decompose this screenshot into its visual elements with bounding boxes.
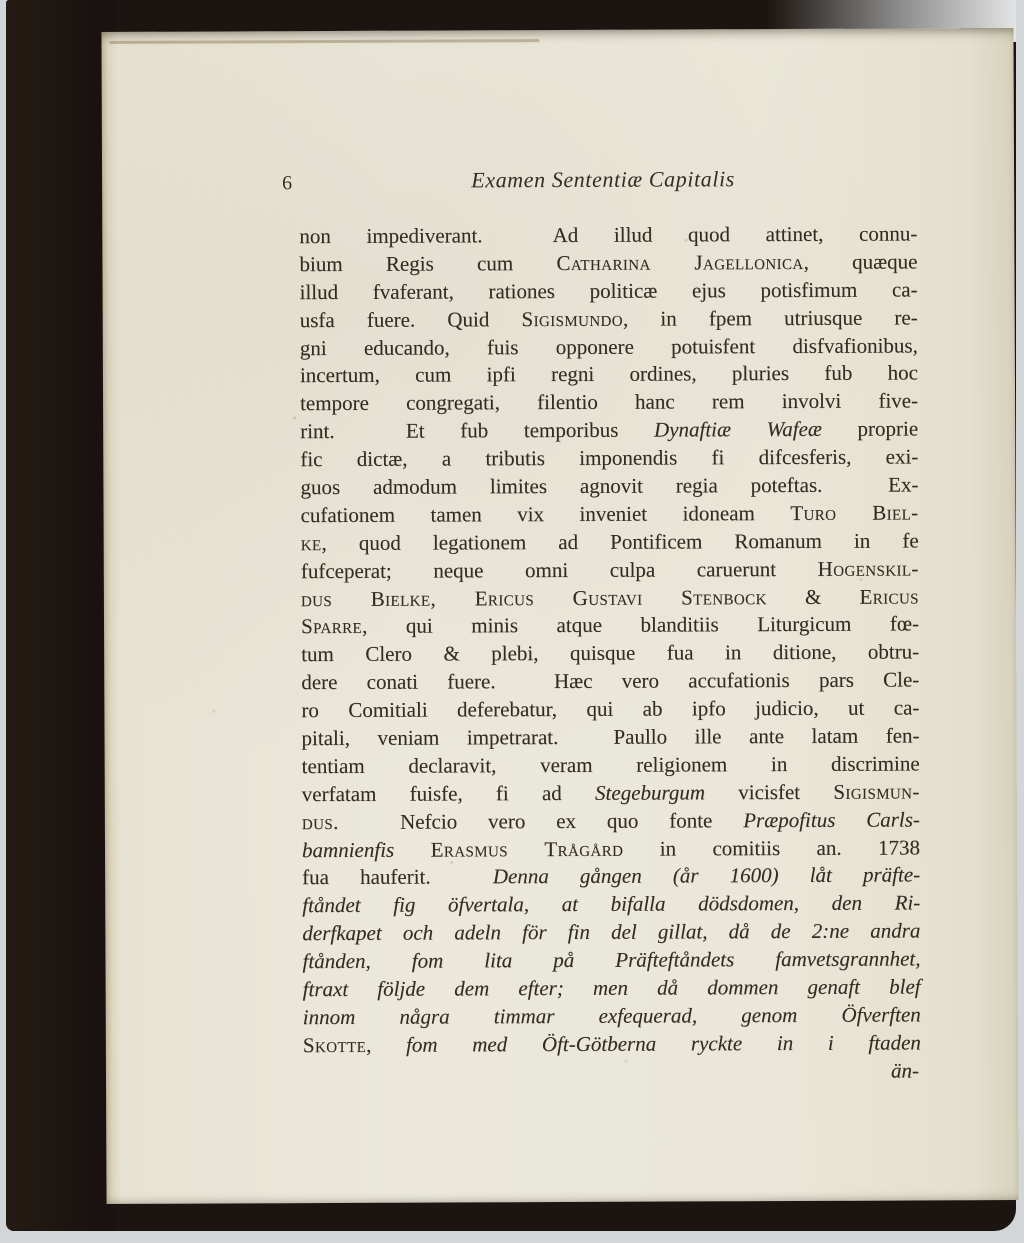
text-segment: dus xyxy=(302,810,333,834)
text-line: rint. Et fub temporibus Dynaftiæ Wafeæ p… xyxy=(300,416,918,447)
text-segment: Skotte xyxy=(303,1033,366,1057)
text-line: cufationem tamen vix inveniet idoneam Tu… xyxy=(301,499,919,530)
text-line: dus Bielke, Ericus Gustavi Stenbock & Er… xyxy=(301,583,919,614)
text-segment: Ericus xyxy=(859,584,919,608)
text-line: fufceperat; neque omni culpa caruerunt H… xyxy=(301,555,919,586)
text-line: non impediverant. Ad illud quod attinet,… xyxy=(299,220,917,251)
text-line: derfkapet och adeln för fin del gillat, … xyxy=(302,918,920,949)
text-segment: ke xyxy=(301,531,322,555)
text-segment: tempore congregati, filentio hanc rem in… xyxy=(300,389,918,416)
text-line: pitali, veniam impetrarat. Paullo ille a… xyxy=(301,722,919,753)
text-line: tempore congregati, filentio hanc rem in… xyxy=(300,388,918,419)
text-segment: proprie xyxy=(822,417,918,441)
page-edge xyxy=(109,39,539,44)
text-line: ftraxt följde dem efter; men då dommen g… xyxy=(303,973,921,1004)
text-segment: usfa fuere. Quid xyxy=(300,307,522,332)
binding-shadow xyxy=(6,0,116,1231)
text-line: ke, quod legationem ad Pontificem Romanu… xyxy=(301,527,919,558)
text-segment: in comitiis an. 1738 xyxy=(623,835,920,860)
text-segment: Stegeburgum xyxy=(595,780,705,804)
text-line: guos admodum limites agnovit regia potef… xyxy=(300,471,918,502)
text-line: illud fvaferant, rationes politicæ ejus … xyxy=(300,276,918,307)
text-segment: rint. Et fub temporibus xyxy=(300,418,654,444)
text-segment: Denna gången (år 1600) låt präfte- xyxy=(493,863,920,889)
text-segment: , quæque xyxy=(804,249,918,273)
text-line: Sparre, qui minis atque blanditiis Litur… xyxy=(301,611,919,642)
text-segment: , qui minis atque blanditiis Liturgicum … xyxy=(362,612,919,638)
text-line: Skotte, fom med Öft-Götberna ryckte in i… xyxy=(303,1029,921,1060)
text-segment: Hogenskil- xyxy=(818,556,919,580)
text-line: ro Comitiali deferebatur, qui ab ipfo ju… xyxy=(301,695,919,726)
text-segment: bium Regis cum xyxy=(299,251,556,276)
text-segment: dere conati fuere. Hæc vero accufationis… xyxy=(301,668,919,695)
text-segment: guos admodum limites agnovit regia potef… xyxy=(300,472,918,499)
text-segment: fufceperat; neque omni culpa caruerunt xyxy=(301,557,818,583)
text-segment: vicisfet xyxy=(705,780,833,805)
text-line: bium Regis cum Catharina Jagellonica, qu… xyxy=(299,248,917,279)
text-segment: incertum, cum ipfi regni ordines, plurie… xyxy=(300,361,918,388)
text-segment: . Nefcio vero ex quo fonte xyxy=(333,808,743,834)
book-page: 6 Examen Sententiæ Capitalis non impediv… xyxy=(101,28,1018,1204)
text-line: tum Clero & plebi, quisque fua in dition… xyxy=(301,639,919,670)
text-line: ftånden, fom lita på Präfteftåndets famv… xyxy=(302,946,920,977)
text-segment: pitali, veniam impetrarat. Paullo ille a… xyxy=(301,723,919,750)
text-line: fic dictæ, a tributis imponendis fi difc… xyxy=(300,444,918,475)
text-segment: Sigismundo xyxy=(521,306,623,330)
text-segment: Erasmus Trågård xyxy=(431,836,624,861)
text-line: dus. Nefcio vero ex quo fonte Præpofitus… xyxy=(302,806,920,837)
text-segment: ftånden, fom lita på Präfteftåndets famv… xyxy=(302,947,920,974)
text-segment: Sparre xyxy=(301,614,362,638)
text-line: incertum, cum ipfi regni ordines, plurie… xyxy=(300,360,918,391)
text-segment: Catharina Jagellonica xyxy=(556,250,803,275)
text-segment: innom några timmar exfequerad, genom Öfv… xyxy=(303,1002,921,1029)
body-text: non impediverant. Ad illud quod attinet,… xyxy=(299,220,921,1059)
text-line: dere conati fuere. Hæc vero accufationis… xyxy=(301,667,919,698)
text-line: tentiam declaravit, veram religionem in … xyxy=(302,750,920,781)
text-segment: ftåndet fig öfvertala, at bifalla dödsdo… xyxy=(302,891,920,918)
text-segment: Præpofitus Carls- xyxy=(743,807,920,832)
text-segment: tentiam declaravit, veram religionem in … xyxy=(302,751,920,778)
text-segment: verfatam fuisfe, fi ad xyxy=(302,781,595,806)
text-segment: , quod legationem ad Pontificem Romanum … xyxy=(321,528,918,555)
text-segment: illud fvaferant, rationes politicæ ejus … xyxy=(300,277,918,304)
text-segment: bamnienfis xyxy=(302,837,431,862)
text-line: bamnienfis Erasmus Trågård in comitiis a… xyxy=(302,834,920,865)
text-segment: , xyxy=(366,1033,406,1057)
text-segment: gni educando, fuis opponere potuisfent d… xyxy=(300,333,918,360)
running-title: Examen Sententiæ Capitalis xyxy=(471,165,735,194)
text-segment: fua hauferit. xyxy=(302,865,493,890)
text-segment: non impediverant. Ad illud quod attinet,… xyxy=(299,221,917,248)
text-segment: & xyxy=(767,584,860,608)
text-line: innom några timmar exfequerad, genom Öfv… xyxy=(303,1001,921,1032)
text-segment: , in fpem utriusque re- xyxy=(623,305,918,330)
text-segment: Sigismun- xyxy=(833,779,920,803)
text-line: gni educando, fuis opponere potuisfent d… xyxy=(300,332,918,363)
text-segment: tum Clero & plebi, quisque fua in dition… xyxy=(301,640,919,667)
page-number: 6 xyxy=(282,171,292,195)
text-segment: fom med Öft-Götberna ryckte in i ftaden xyxy=(406,1030,921,1056)
text-segment: ro Comitiali deferebatur, qui ab ipfo ju… xyxy=(301,696,919,723)
text-line: verfatam fuisfe, fi ad Stegeburgum vicis… xyxy=(302,778,920,809)
catchword: än- xyxy=(891,1058,919,1082)
scan-viewport: 6 Examen Sententiæ Capitalis non impediv… xyxy=(0,0,1024,1243)
text-segment: fic dictæ, a tributis imponendis fi difc… xyxy=(300,445,918,472)
text-line: usfa fuere. Quid Sigismundo, in fpem utr… xyxy=(300,304,918,335)
text-line: fua hauferit. Denna gången (år 1600) låt… xyxy=(302,862,920,893)
catchword-row: än- xyxy=(303,1057,921,1088)
text-segment: ftraxt följde dem efter; men då dommen g… xyxy=(303,974,921,1001)
text-segment: Turo Biel- xyxy=(790,500,918,525)
text-segment: derfkapet och adeln för fin del gillat, … xyxy=(302,919,920,946)
text-segment: cufationem tamen vix inveniet idoneam xyxy=(301,501,791,527)
text-segment: Dynaftiæ Wafeæ xyxy=(654,417,822,442)
text-segment: dus Bielke, Ericus Gustavi Stenbock xyxy=(301,585,767,611)
text-line: ftåndet fig öfvertala, at bifalla dödsdo… xyxy=(302,890,920,921)
